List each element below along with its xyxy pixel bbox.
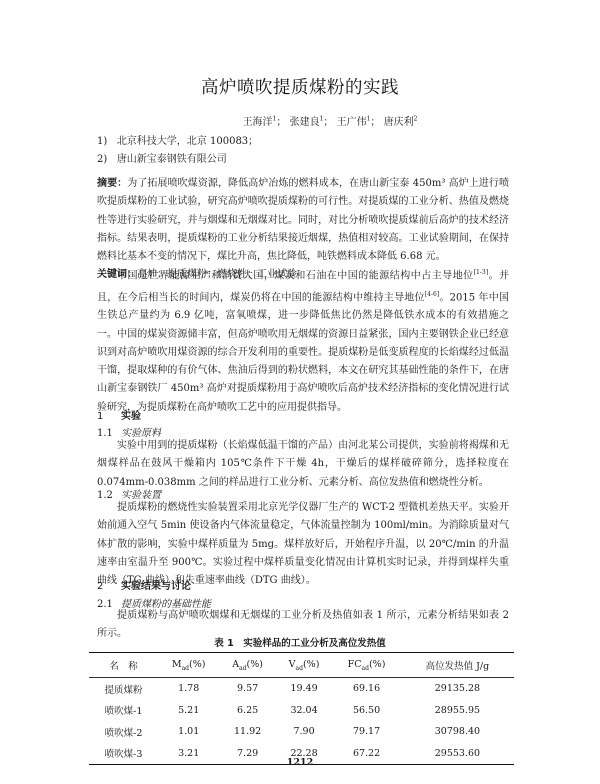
section-title: 实验 xyxy=(121,411,141,422)
table-cell: 29135.28 xyxy=(401,678,514,700)
table-cell: 9.57 xyxy=(219,678,275,700)
sample-name-cell: 提质煤粉 xyxy=(89,678,158,700)
body-paragraph: 实验中用到的提质煤粉（长焰煤低温干馏的产品）由河北某公司提供，实验前将褐煤和无烟… xyxy=(97,437,509,492)
author: 张建良 xyxy=(290,117,320,128)
sample-name-cell: 喷吹煤-2 xyxy=(89,721,158,743)
table-header-row: 名 称 Mad(%) Aad(%) Vad(%) FCad(%) 高位发热值 J… xyxy=(89,653,514,678)
table-caption: 表 1 实验样品的工业分析及高位发热值 xyxy=(0,635,600,649)
paper-title: 高炉喷吹提质煤粉的实践 xyxy=(0,74,600,99)
affiliation-text: 北京科技大学，北京 100083； xyxy=(117,136,258,147)
author-affiliation-mark: 1 xyxy=(320,116,324,123)
section-number: 2 xyxy=(97,581,121,592)
table-cell: 5.21 xyxy=(158,700,219,722)
author: 王海洋 xyxy=(243,117,273,128)
page-number: 1212 xyxy=(0,757,600,768)
table-row: 提质煤粉 1.78 9.57 19.49 69.16 29135.28 xyxy=(89,678,514,700)
author: 唐庆利 xyxy=(384,117,414,128)
author: 王广伟 xyxy=(337,117,367,128)
table-cell: 19.49 xyxy=(276,678,332,700)
affiliation: 1) 北京科技大学，北京 100083； xyxy=(97,132,258,147)
abstract-label: 摘要： xyxy=(97,178,127,189)
intro-text: 中国是世界能源生产和消费大国，煤炭和石油在中国的能源结构中占主导地位 xyxy=(117,270,474,281)
table-cell: 79.17 xyxy=(332,721,401,743)
citation: [4-6] xyxy=(425,291,439,298)
abstract-text: 为了拓展喷吹煤资源，降低高炉冶炼的燃料成本，在唐山新宝泰 450m³ 高炉上进行… xyxy=(97,178,509,262)
table-cell: 11.92 xyxy=(219,721,275,743)
column-header: 高位发热值 J/g xyxy=(401,653,514,678)
table-cell: 30798.40 xyxy=(401,721,514,743)
table-cell: 56.50 xyxy=(332,700,401,722)
citation: [1-3] xyxy=(474,269,488,276)
table-cell: 69.16 xyxy=(332,678,401,700)
affiliation: 2) 唐山新宝泰钢铁有限公司 xyxy=(97,150,227,165)
section-heading: 2实验结果与讨论 xyxy=(97,577,191,592)
table-row: 喷吹煤-1 5.21 6.25 32.04 56.50 28955.95 xyxy=(89,700,514,722)
column-header: Vad(%) xyxy=(276,653,332,678)
affiliation-number: 2) xyxy=(97,154,107,165)
author-list: 王海洋1； 张建良1； 王广伟1； 唐庆利2 xyxy=(0,113,600,128)
column-header: 名 称 xyxy=(89,653,158,678)
section-heading: 1实验 xyxy=(97,407,141,422)
table-cell: 7.90 xyxy=(276,721,332,743)
introduction-paragraph: 中国是世界能源生产和消费大国，煤炭和石油在中国的能源结构中占主导地位[1-3]。… xyxy=(97,264,509,417)
section-title: 实验结果与讨论 xyxy=(121,581,191,592)
table-row: 喷吹煤-2 1.01 11.92 7.90 79.17 30798.40 xyxy=(89,721,514,743)
column-header: Mad(%) xyxy=(158,653,219,678)
author-affiliation-mark: 1 xyxy=(367,116,371,123)
section-number: 1 xyxy=(97,411,121,422)
intro-text: 。2015 年中国生铁总产量约为 6.9 亿吨，富氧喷煤，进一步降低焦比仍然是降… xyxy=(97,292,509,413)
author-affiliation-mark: 2 xyxy=(414,116,418,123)
table-cell: 6.25 xyxy=(219,700,275,722)
industrial-analysis-table: 名 称 Mad(%) Aad(%) Vad(%) FCad(%) 高位发热值 J… xyxy=(89,652,514,765)
sample-name-cell: 喷吹煤-1 xyxy=(89,700,158,722)
author-affiliation-mark: 1 xyxy=(273,116,277,123)
table-cell: 1.01 xyxy=(158,721,219,743)
table-cell: 32.04 xyxy=(276,700,332,722)
affiliation-text: 唐山新宝泰钢铁有限公司 xyxy=(117,154,227,165)
paper-page: 高炉喷吹提质煤粉的实践 王海洋1； 张建良1； 王广伟1； 唐庆利2 1) 北京… xyxy=(0,0,600,784)
table-cell: 28955.95 xyxy=(401,700,514,722)
table-cell: 1.78 xyxy=(158,678,219,700)
column-header: Aad(%) xyxy=(219,653,275,678)
column-header: FCad(%) xyxy=(332,653,401,678)
affiliation-number: 1) xyxy=(97,136,107,147)
